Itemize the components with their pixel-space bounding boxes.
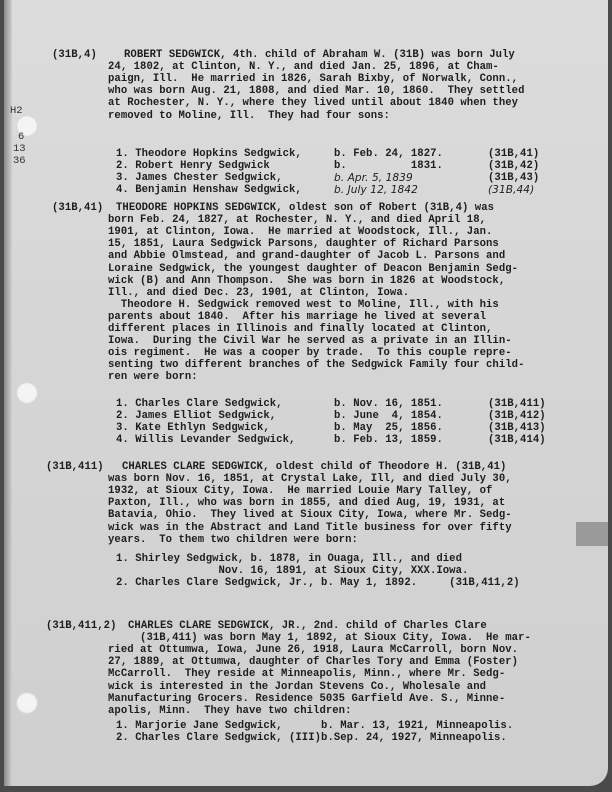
child-name: 2. Robert Henry Sedgwick: [116, 160, 270, 172]
entry-text: McCarroll. They reside at Minneapolis, M…: [108, 668, 505, 680]
punch-hole: [16, 382, 38, 404]
child-birth: b. June 4, 1854.: [334, 410, 443, 422]
entry-text: 1932, at Sioux City, Iowa. He married Lo…: [108, 485, 492, 497]
child-name: 3. James Chester Sedgwick,: [116, 172, 283, 184]
entry-text: THEODORE HOPKINS SEDGWICK, oldest son of…: [116, 202, 494, 214]
entry-text: born Feb. 24, 1827, at Rochester, N. Y.,…: [108, 214, 486, 226]
child-line: 2. Charles Clare Sedgwick, (III)b.Sep. 2…: [116, 732, 507, 744]
entry-text: years. To them two children were born:: [108, 534, 358, 546]
child-name: 1. Charles Clare Sedgwick,: [116, 398, 283, 410]
document-page: H2 6 13 36 (31B,4)ROBERT SEDGWICK, 4th. …: [4, 0, 608, 786]
entry-text: wick is interested in the Jordan Stevens…: [108, 681, 486, 693]
margin-note: 36: [13, 155, 26, 167]
child-line: 1. Marjorie Jane Sedgwick, b. Mar. 13, 1…: [116, 720, 513, 732]
entry-text: Theodore H. Sedgwick removed west to Mol…: [108, 299, 499, 311]
child-birth: b. Apr. 5, 1839: [334, 172, 413, 184]
entry-text: removed to Moline, Ill. They had four so…: [108, 110, 390, 122]
child-name: 1. Theodore Hopkins Sedgwick,: [116, 148, 302, 160]
child-ref: (31B,41): [488, 148, 539, 160]
child-name: 2. James Elliot Sedgwick,: [116, 410, 276, 422]
entry-text: Ill., and died Dec. 23, 1901, at Clinton…: [108, 287, 409, 299]
entry-id: (31B,41): [52, 202, 103, 214]
child-ref: (31B,43): [488, 172, 539, 184]
entry-text: 1901, at Clinton, Iowa. He married at Wo…: [108, 226, 492, 238]
entry-text: 27, 1889, at Ottumwa, daughter of Charle…: [108, 656, 518, 668]
entry-text: ren were born:: [108, 371, 198, 383]
entry-text: CHARLES CLARE SEDGWICK, oldest child of …: [122, 461, 506, 473]
entry-text: who was born Aug. 21, 1808, and died Mar…: [108, 85, 524, 97]
margin-note: 6: [18, 131, 24, 143]
child-birth: b. Feb. 24, 1827.: [334, 148, 443, 160]
entry-text: Iowa. During the Civil War he served as …: [108, 335, 512, 347]
child-ref: (31B,414): [488, 434, 546, 446]
child-name: 4. Benjamin Henshaw Sedgwick,: [116, 184, 302, 196]
entry-text: senting two different branches of the Se…: [108, 359, 524, 371]
entry-text: apolis, Minn. They have two children:: [108, 705, 351, 717]
entry-text: Manufacturing Grocers. Residence 5035 Ga…: [108, 693, 505, 705]
entry-text: was born Nov. 16, 1851, at Crystal Lake,…: [108, 473, 512, 485]
child-ref: (31B,413): [488, 422, 546, 434]
entry-text: and Abbie Olmstead, and grand-daughter o…: [108, 250, 505, 262]
entry-text: 24, 1802, at Clinton, N. Y., and died Ja…: [108, 61, 499, 73]
entry-id: (31B,4): [52, 49, 97, 61]
child-birth: b. 1831.: [334, 160, 443, 172]
entry-text: CHARLES CLARE SEDGWICK, JR., 2nd. child …: [128, 620, 487, 632]
child-ref: (31B,42): [488, 160, 539, 172]
child-ref: (31B,411): [488, 398, 546, 410]
entry-id: (31B,411,2): [46, 620, 116, 632]
child-line: 1. Shirley Sedgwick, b. 1878, in Ouaga, …: [116, 553, 462, 565]
child-line: Nov. 16, 1891, at Sioux City, XXX.Iowa.: [116, 565, 468, 577]
child-name: 3. Kate Ethlyn Sedgwick,: [116, 422, 270, 434]
entry-text: Batavia, Ohio. They lived at Sioux City,…: [108, 509, 512, 521]
entry-text: paign, Ill. He married in 1826, Sarah Bi…: [108, 73, 518, 85]
child-birth: b. Nov. 16, 1851.: [334, 398, 443, 410]
margin-note: 13: [13, 143, 26, 155]
entry-text: (31B,411) was born May 1, 1892, at Sioux…: [108, 632, 531, 644]
child-birth: b. May 25, 1856.: [334, 422, 443, 434]
entry-text: at Rochester, N. Y., where they lived un…: [108, 97, 518, 109]
entry-text: wick was in the Abstract and Land Title …: [108, 522, 512, 534]
margin-note: H2: [10, 105, 23, 117]
child-name: 4. Willis Levander Sedgwick,: [116, 434, 295, 446]
punch-hole: [16, 692, 38, 714]
entry-id: (31B,411): [46, 461, 104, 473]
child-birth: b. Feb. 13, 1859.: [334, 434, 443, 446]
index-tab: [576, 522, 608, 546]
entry-text: Loraine Sedgwick, the youngest daughter …: [108, 263, 518, 275]
entry-text: parents about 1840. After his marriage h…: [108, 311, 486, 323]
child-line: 2. Charles Clare Sedgwick, Jr., b. May 1…: [116, 577, 520, 589]
entry-text: ried at Ottumwa, Iowa, June 26, 1918, La…: [108, 644, 518, 656]
child-ref: (31B,412): [488, 410, 546, 422]
child-ref: (31B,44): [488, 184, 534, 196]
entry-text: 15, 1851, Laura Sedgwick Parsons, daught…: [108, 238, 499, 250]
entry-text: wick (B) and Ann Thompson. She was born …: [108, 275, 505, 287]
entry-text: different places in Illinois and finally…: [108, 323, 492, 335]
entry-text: Paxton, Ill., who was born in 1855, and …: [108, 497, 505, 509]
entry-text: ois regiment. He was a cooper by trade. …: [108, 347, 512, 359]
entry-text: ROBERT SEDGWICK, 4th. child of Abraham W…: [124, 49, 515, 61]
child-birth: b. July 12, 1842: [334, 184, 418, 196]
